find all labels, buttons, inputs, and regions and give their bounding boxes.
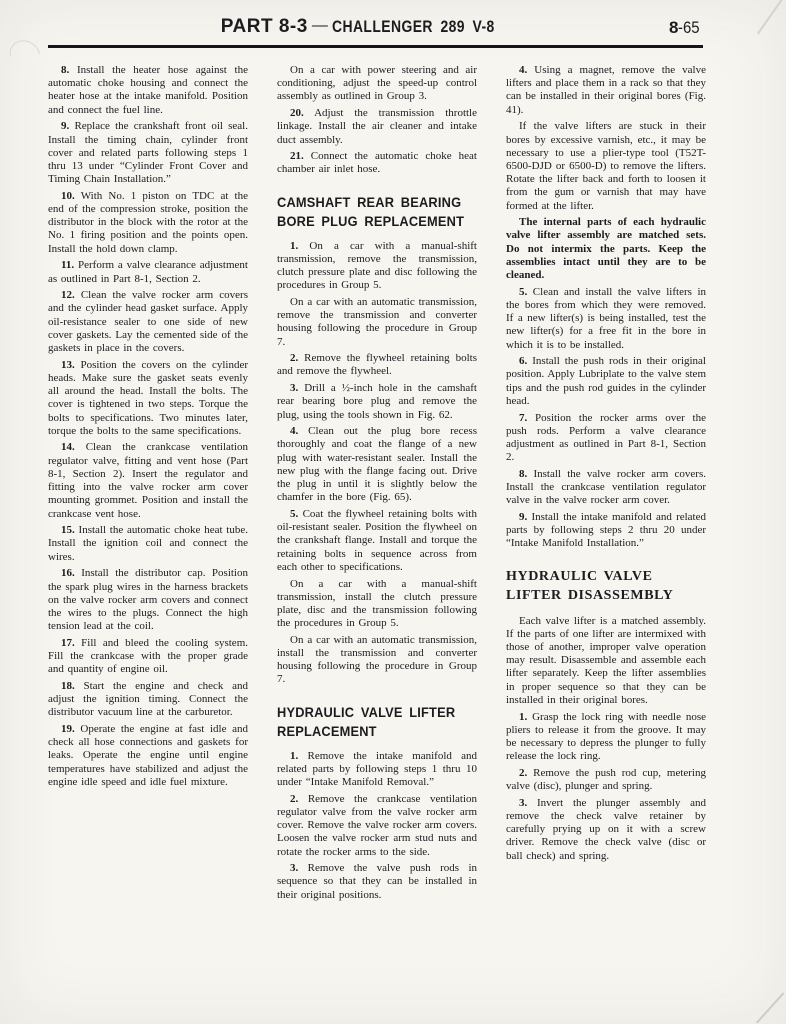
- pencil-mark: [4, 34, 46, 75]
- step-number: 15.: [61, 524, 75, 536]
- numbered-paragraph: 6. Install the push rods in their origin…: [506, 355, 706, 408]
- model-label: CHALLENGER 289 V-8: [332, 17, 495, 37]
- step-number: 17.: [61, 637, 75, 649]
- numbered-paragraph: 10. With No. 1 piston on TDC at the end …: [48, 190, 248, 256]
- numbered-paragraph: 2. Remove the flywheel retaining bolts a…: [277, 352, 477, 378]
- page-corner-mark: [757, 0, 785, 34]
- numbered-paragraph: 5. Coat the flywheel retaining bolts wit…: [277, 508, 477, 574]
- step-number: 3.: [519, 797, 527, 809]
- paragraph: On a car with a manual-shift transmissio…: [277, 578, 477, 631]
- step-number: 13.: [61, 359, 75, 371]
- section-heading: HYDRAULIC VALVE LIFTER DISASSEMBLY: [506, 567, 706, 606]
- numbered-paragraph: 19. Operate the engine at fast idle and …: [48, 723, 248, 789]
- numbered-paragraph: 13. Position the covers on the cylinder …: [48, 359, 248, 438]
- numbered-paragraph: 4. Clean out the plug bore recess thorou…: [277, 425, 477, 504]
- step-number: 20.: [290, 107, 304, 119]
- paragraph: If the valve lifters are stuck in their …: [506, 120, 706, 212]
- numbered-paragraph: 5. Clean and install the valve lifters i…: [506, 286, 706, 352]
- step-number: 6.: [519, 355, 527, 367]
- step-number: 7.: [519, 412, 527, 424]
- numbered-paragraph: 9. Install the intake manifold and relat…: [506, 511, 706, 551]
- numbered-paragraph: 1. Remove the intake manifold and relate…: [277, 750, 477, 790]
- numbered-paragraph: 15. Install the automatic choke heat tub…: [48, 524, 248, 564]
- part-label: PART 8-3: [221, 16, 308, 37]
- paragraph: On a car with power steering and air con…: [277, 64, 477, 104]
- page-number: 8-65: [669, 18, 703, 38]
- step-number: 8.: [519, 468, 527, 480]
- section-heading: HYDRAULIC VALVE LIFTER REPLACEMENT: [277, 703, 467, 741]
- header-rule: [48, 45, 703, 48]
- numbered-paragraph: 3. Invert the plunger assembly and remov…: [506, 797, 706, 863]
- numbered-paragraph: 4. Using a magnet, remove the valve lift…: [506, 64, 706, 117]
- step-number: 5.: [519, 286, 527, 298]
- numbered-paragraph: 11. Perform a valve clearance adjustment…: [48, 259, 248, 285]
- step-number: 14.: [61, 441, 75, 453]
- step-number: 12.: [61, 289, 75, 301]
- numbered-paragraph: 3. Drill a ½-inch hole in the camshaft r…: [277, 382, 477, 422]
- paragraph: The internal parts of each hydraulic val…: [506, 216, 706, 282]
- numbered-paragraph: 16. Install the distributor cap. Positio…: [48, 567, 248, 633]
- step-number: 4.: [519, 64, 527, 76]
- step-number: 1.: [290, 240, 298, 252]
- step-number: 9.: [61, 120, 69, 132]
- step-number: 2.: [519, 767, 527, 779]
- numbered-paragraph: 9. Replace the crankshaft front oil seal…: [48, 120, 248, 186]
- text-column-1: 8. Install the heater hose against the a…: [48, 64, 248, 905]
- document-page-body: 8. Install the heater hose against the a…: [48, 64, 706, 905]
- text-column-3: 4. Using a magnet, remove the valve lift…: [506, 64, 706, 905]
- numbered-paragraph: 12. Clean the valve rocker arm covers an…: [48, 289, 248, 355]
- numbered-paragraph: 7. Position the rocker arms over the pus…: [506, 412, 706, 465]
- title-separator: —: [308, 17, 332, 34]
- numbered-paragraph: 2. Remove the crankcase ventilation regu…: [277, 793, 477, 859]
- step-number: 8.: [61, 64, 69, 76]
- paragraph: On a car with an automatic transmission,…: [277, 296, 477, 349]
- page-number-section: 8: [669, 18, 678, 37]
- numbered-paragraph: 1. On a car with a manual-shift transmis…: [277, 240, 477, 293]
- numbered-paragraph: 21. Connect the automatic choke heat cha…: [277, 150, 477, 176]
- step-number: 16.: [61, 567, 75, 579]
- text-column-2: On a car with power steering and air con…: [277, 64, 477, 905]
- page-number-rest: -65: [678, 18, 700, 38]
- step-number: 4.: [290, 425, 298, 437]
- numbered-paragraph: 8. Install the valve rocker arm covers. …: [506, 468, 706, 508]
- paragraph: On a car with an automatic transmission,…: [277, 634, 477, 687]
- paragraph: Each valve lifter is a matched assembly.…: [506, 615, 706, 707]
- numbered-paragraph: 20. Adjust the transmission throttle lin…: [277, 107, 477, 147]
- numbered-paragraph: 8. Install the heater hose against the a…: [48, 64, 248, 117]
- step-number: 5.: [290, 508, 298, 520]
- step-number: 18.: [61, 680, 75, 692]
- step-number: 10.: [61, 190, 75, 202]
- numbered-paragraph: 3. Remove the valve push rods in sequenc…: [277, 862, 477, 902]
- step-number: 19.: [61, 723, 75, 735]
- step-number: 9.: [519, 511, 527, 523]
- step-number: 3.: [290, 382, 298, 394]
- step-number: 2.: [290, 352, 298, 364]
- step-number: 1.: [290, 750, 298, 762]
- step-number: 21.: [290, 150, 304, 162]
- step-number: 11.: [61, 259, 74, 271]
- step-number: 2.: [290, 793, 298, 805]
- step-number: 3.: [290, 862, 298, 874]
- numbered-paragraph: 1. Grasp the lock ring with needle nose …: [506, 711, 706, 764]
- numbered-paragraph: 14. Clean the crankcase ventilation regu…: [48, 441, 248, 520]
- numbered-paragraph: 17. Fill and bleed the cooling system. F…: [48, 637, 248, 677]
- page-header: PART 8-3—CHALLENGER 289 V-8 8-65: [48, 14, 703, 44]
- section-heading: CAMSHAFT REAR BEARING BORE PLUG REPLACEM…: [277, 193, 467, 231]
- page-title: PART 8-3—CHALLENGER 289 V-8: [48, 16, 703, 38]
- numbered-paragraph: 2. Remove the push rod cup, metering val…: [506, 767, 706, 793]
- scratch-mark: [756, 992, 784, 1023]
- step-number: 1.: [519, 711, 527, 723]
- numbered-paragraph: 18. Start the engine and check and adjus…: [48, 680, 248, 720]
